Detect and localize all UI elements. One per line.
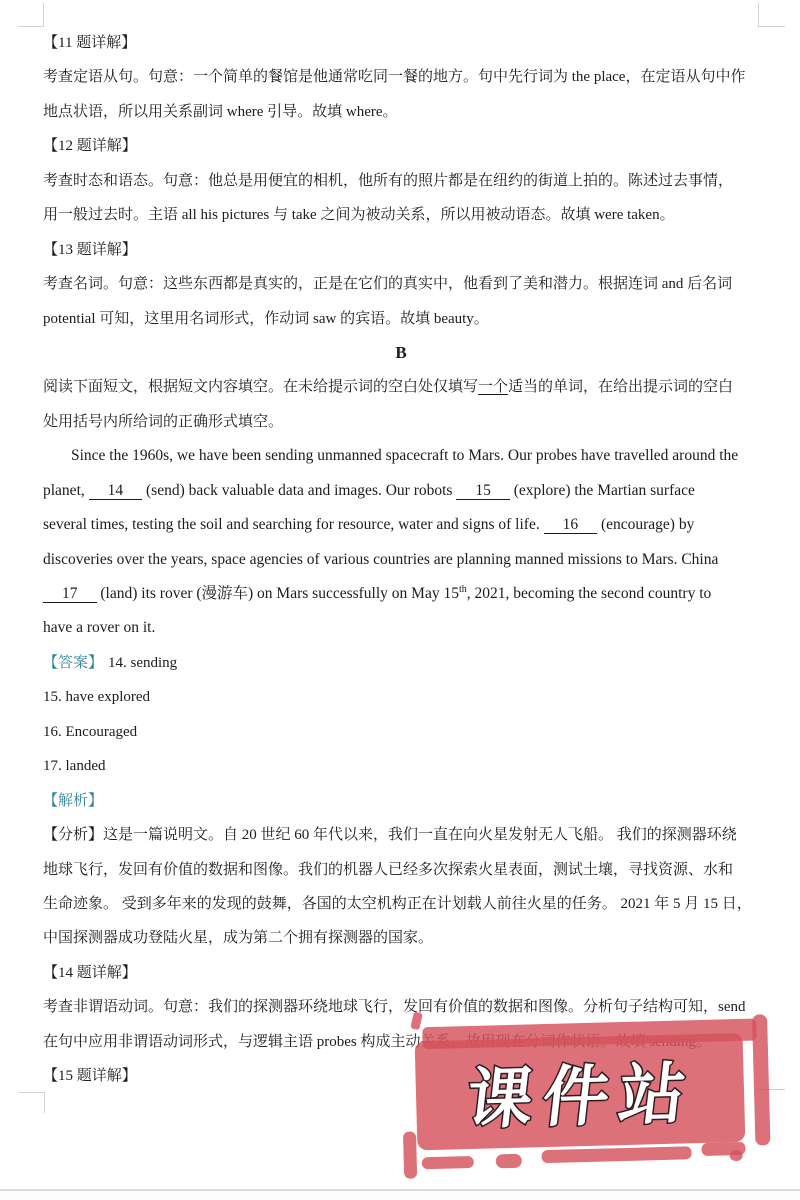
analysis-label: 【解析】 bbox=[43, 784, 754, 818]
watermark-text: 课件站 bbox=[412, 1042, 749, 1151]
q11-explanation-line2: 地点状语，所以用关系副词 where 引导。故填 where。 bbox=[43, 95, 759, 129]
q12-explanation-line1: 考查时态和语态。句意：他总是用便宜的相机，他所有的照片都是在纽约的街道上拍的。陈… bbox=[43, 164, 759, 198]
ordinal-superscript: th bbox=[459, 584, 467, 595]
passage-text: (land) its rover (漫游车) on Mars successfu… bbox=[97, 585, 459, 602]
passage-text: (send) back valuable data and images. Ou… bbox=[142, 482, 456, 499]
answer-15: 15. have explored bbox=[43, 680, 759, 714]
stamp-bottom-stroke bbox=[730, 1150, 743, 1161]
passage-line1: Since the 1960s, we have been sending un… bbox=[43, 439, 759, 473]
section-b-instructions-line1: 阅读下面短文，根据短文内容填空。在未给提示词的空白处仅填写一个适当的单词，在给出… bbox=[43, 370, 759, 404]
answer-16: 16. Encouraged bbox=[43, 715, 759, 749]
passage-text: , 2021, becoming the second country to bbox=[467, 585, 712, 602]
analysis-line4: 中国探测器成功登陆火星，成为第二个拥有探测器的国家。 bbox=[43, 921, 759, 955]
stamp-right-border bbox=[752, 1014, 770, 1145]
section-b-title: B bbox=[43, 336, 759, 370]
passage-text: (encourage) by bbox=[597, 516, 694, 533]
stamp-bottom-stroke bbox=[422, 1156, 474, 1169]
document-page: { "colors": { "accent_blue": "#31849b", … bbox=[0, 0, 800, 1200]
q13-explanation-line1: 考查名词。句意：这些东西都是真实的，正是在它们的真实中，他看到了美和潜力。根据连… bbox=[43, 267, 759, 301]
q14-heading: 【14 题详解】 bbox=[43, 956, 759, 990]
document-body: 【11 题详解】 考查定语从句。句意：一个简单的餐馆是他通常吃同一餐的地方。句中… bbox=[43, 26, 759, 1094]
passage-text: (explore) the Martian surface bbox=[510, 482, 695, 499]
passage-text: several times, testing the soil and sear… bbox=[43, 516, 544, 533]
stamp-bottom-stroke bbox=[542, 1146, 692, 1163]
answer-17: 17. landed bbox=[43, 749, 759, 783]
text-boundary-mark-top-right bbox=[758, 3, 785, 27]
text-boundary-mark-bottom-left bbox=[18, 1092, 45, 1113]
analysis-line1: 【分析】这是一篇说明文。自 20 世纪 60 年代以来，我们一直在向火星发射无人… bbox=[43, 818, 759, 852]
answer-label: 【答案】 bbox=[43, 655, 103, 671]
instruction-text: 适当的单词，在给出提示词的空白 bbox=[508, 379, 733, 395]
answer-14: 14. sending bbox=[108, 655, 177, 671]
q12-explanation-line2: 用一般过去时。主语 all his pictures 与 take 之间为被动关… bbox=[43, 198, 759, 232]
stamp-fleck bbox=[410, 1012, 422, 1031]
blank-16: 16 bbox=[544, 516, 598, 534]
analysis-line3: 生命迹象。 受到多年来的发现的鼓舞，各国的太空机构正在计划载人前往火星的任务。 … bbox=[43, 887, 759, 921]
passage-line3: several times, testing the soil and sear… bbox=[43, 508, 759, 542]
blank-14: 14 bbox=[89, 482, 143, 500]
answers-line-14: 【答案】14. sending bbox=[43, 646, 759, 680]
blank-17: 17 bbox=[43, 585, 97, 603]
page-bottom-margin bbox=[0, 1191, 800, 1200]
analysis-line2: 地球飞行，发回有价值的数据和图像。我们的机器人已经多次探索火星表面，测试土壤，寻… bbox=[43, 853, 759, 887]
section-b-instructions-line2: 处用括号内所给词的正确形式填空。 bbox=[43, 405, 759, 439]
passage-line2: planet, 14 (send) back valuable data and… bbox=[43, 474, 759, 508]
blank-15: 15 bbox=[456, 482, 510, 500]
passage-line5: 17 (land) its rover (漫游车) on Mars succes… bbox=[43, 577, 759, 611]
instruction-text: 阅读下面短文，根据短文内容填空。在未给提示词的空白处仅填写 bbox=[43, 379, 478, 395]
q12-heading: 【12 题详解】 bbox=[43, 129, 759, 163]
text-boundary-mark-top-left bbox=[18, 3, 44, 27]
stamp-bottom-stroke bbox=[496, 1154, 522, 1169]
passage-line6: have a rover on it. bbox=[43, 611, 759, 645]
passage-text: planet, bbox=[43, 482, 89, 499]
q11-heading: 【11 题详解】 bbox=[43, 26, 759, 60]
q11-explanation-line1: 考查定语从句。句意：一个简单的餐馆是他通常吃同一餐的地方。句中先行词为 the … bbox=[43, 60, 759, 94]
q13-heading: 【13 题详解】 bbox=[43, 233, 759, 267]
q13-explanation-line2: potential 可知，这里用名词形式，作动词 saw 的宾语。故填 beau… bbox=[43, 302, 759, 336]
passage-line4: discoveries over the years, space agenci… bbox=[43, 543, 759, 577]
watermark-stamp: 课件站 bbox=[388, 1003, 784, 1181]
underlined-word: 一个 bbox=[478, 379, 508, 395]
